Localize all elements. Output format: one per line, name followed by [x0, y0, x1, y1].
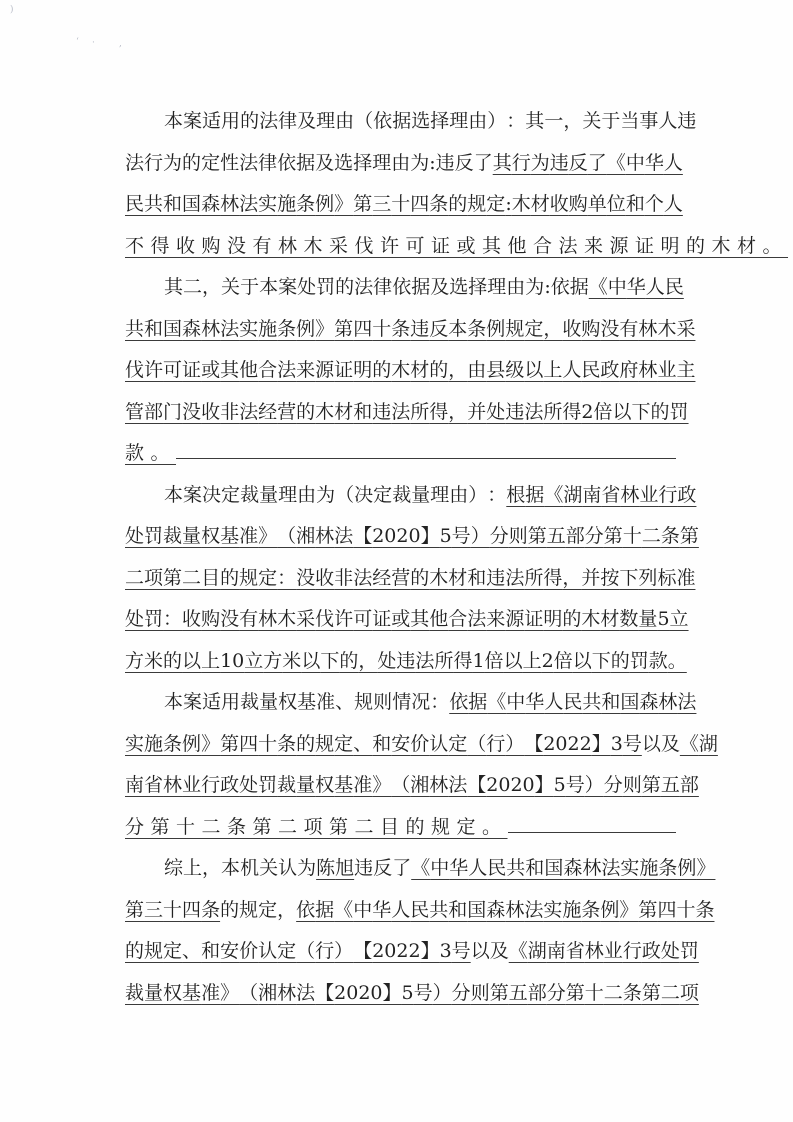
glyph: 得 — [543, 558, 562, 600]
glyph: 人 — [664, 143, 683, 185]
text-line: 分第十二条第二项第二目的规定。 — [125, 807, 676, 849]
glyph: 定 — [201, 143, 220, 185]
glyph: ， — [448, 392, 467, 434]
glyph: 下 — [320, 641, 339, 683]
glyph: 森 — [182, 309, 201, 351]
glyph: 、 — [335, 682, 354, 724]
glyph: 第 — [566, 973, 585, 1015]
glyph: 华 — [449, 848, 468, 890]
glyph: 》 — [220, 973, 239, 1015]
glyph: 案 — [183, 682, 202, 724]
glyph: 反 — [429, 309, 448, 351]
glyph: 罚 — [630, 641, 649, 683]
glyph: 【 — [524, 724, 543, 766]
glyph: 规 — [467, 184, 486, 226]
glyph: 由 — [449, 475, 468, 517]
glyph: 依 — [296, 890, 315, 932]
glyph: 、 — [182, 931, 201, 973]
glyph: 木 — [512, 184, 531, 226]
glyph: ， — [563, 101, 582, 143]
glyph: 据 — [570, 267, 589, 309]
glyph: 法 — [524, 890, 543, 932]
glyph: 法 — [505, 558, 524, 600]
text-line: 本案适用裁量权基准、规则情况：依据《中华人民共和国森林法 — [125, 682, 676, 724]
glyph: 违 — [396, 641, 415, 683]
glyph: 本 — [448, 309, 467, 351]
glyph: 华 — [645, 143, 664, 185]
glyph: 罚 — [680, 931, 699, 973]
glyph: 了 — [588, 143, 607, 185]
paragraph-conclusion: 综上，本机关认为陈旭违反了《中华人民共和国森林法实施条例》第三十四条的规定，依据… — [125, 848, 676, 1014]
glyph: 》 — [201, 724, 220, 766]
glyph: 森 — [563, 848, 582, 890]
glyph: 或 — [201, 350, 220, 392]
glyph: 得 — [562, 392, 581, 434]
glyph: 下 — [619, 558, 638, 600]
glyph: 和 — [525, 848, 544, 890]
glyph: 人 — [664, 184, 683, 226]
glyph: 实 — [239, 309, 258, 351]
glyph: 业 — [639, 475, 658, 517]
glyph: 罚 — [316, 267, 335, 309]
glyph: 国 — [182, 184, 201, 226]
glyph: 其 — [410, 599, 429, 641]
glyph: 法 — [391, 392, 410, 434]
glyph: 择 — [353, 143, 372, 185]
glyph: 《 — [487, 682, 506, 724]
glyph: 分 — [547, 973, 566, 1015]
glyph: 5 — [657, 599, 669, 641]
glyph: 行 — [623, 931, 642, 973]
glyph: 由 — [506, 267, 525, 309]
glyph: 华 — [372, 890, 391, 932]
glyph: 裁 — [277, 765, 296, 807]
glyph: 湖 — [699, 724, 718, 766]
text-line: 伐许可证或其他合法来源证明的木材的，由县级以上人民政府林业主 — [125, 350, 676, 392]
glyph: 例 — [296, 309, 315, 351]
glyph: 行 — [658, 475, 677, 517]
glyph: 林 — [585, 931, 604, 973]
glyph: 反 — [569, 143, 588, 185]
glyph: 例 — [677, 848, 696, 890]
glyph: 法 — [125, 143, 144, 185]
glyph: 实 — [125, 724, 144, 766]
glyph: 森 — [486, 890, 505, 932]
glyph: 明 — [353, 350, 372, 392]
glyph: 处 — [661, 931, 680, 973]
glyph: 定 — [334, 724, 353, 766]
glyph: ： — [430, 682, 449, 724]
glyph: 以 — [612, 392, 631, 434]
glyph: 条 — [429, 184, 448, 226]
glyph: 了 — [392, 848, 411, 890]
glyph: ） — [334, 931, 353, 973]
glyph: 米 — [282, 641, 301, 683]
glyph: 关 — [221, 267, 240, 309]
glyph: 中 — [608, 267, 627, 309]
glyph: 施 — [144, 724, 163, 766]
glyph: 实 — [620, 848, 639, 890]
glyph: 《 — [544, 475, 563, 517]
glyph: 权 — [315, 765, 334, 807]
glyph: 条 — [695, 890, 714, 932]
glyph: 项 — [680, 973, 699, 1015]
glyph: 性 — [220, 143, 239, 185]
glyph: 本 — [164, 475, 183, 517]
glyph: 三 — [372, 184, 391, 226]
glyph: 价 — [410, 724, 429, 766]
text-line: 其二，关于本案处罚的法律依据及选择理由为:依据《中华人民 — [125, 267, 676, 309]
glyph: 部 — [566, 516, 585, 558]
glyph: 业 — [657, 350, 676, 392]
glyph: 二 — [182, 558, 201, 600]
glyph: （ — [391, 765, 410, 807]
glyph: 南 — [125, 765, 144, 807]
glyph: 省 — [601, 475, 620, 517]
glyph: 据 — [525, 475, 544, 517]
glyph: 理 — [430, 475, 449, 517]
glyph: 有 — [239, 599, 258, 641]
glyph: 3 — [611, 724, 623, 766]
glyph: 2020 — [372, 516, 420, 558]
glyph: 1 — [472, 641, 484, 683]
glyph: 和 — [372, 724, 391, 766]
glyph: 量 — [411, 475, 430, 517]
glyph: ： — [163, 599, 182, 641]
glyph: 立 — [670, 599, 689, 641]
glyph: （ — [467, 724, 486, 766]
glyph: 的 — [429, 350, 448, 392]
glyph: 来 — [486, 599, 505, 641]
glyph: 所 — [434, 641, 453, 683]
glyph: 得 — [429, 392, 448, 434]
glyph: 的 — [372, 350, 391, 392]
glyph: 法 — [448, 765, 467, 807]
glyph: 《 — [607, 143, 626, 185]
glyph: 条 — [581, 890, 600, 932]
glyph: 经 — [258, 392, 277, 434]
glyph: 证 — [182, 350, 201, 392]
glyph: 综 — [164, 848, 183, 890]
glyph: 或 — [391, 599, 410, 641]
glyph: ： — [487, 475, 506, 517]
glyph: 及 — [297, 101, 316, 143]
glyph: 合 — [258, 350, 277, 392]
paragraph-discretion-standard: 本案适用裁量权基准、规则情况：依据《中华人民共和国森林法实施条例》第四十条的规定… — [125, 682, 676, 848]
glyph: 条 — [391, 309, 410, 351]
glyph: 湖 — [563, 475, 582, 517]
glyph: 和 — [626, 184, 645, 226]
glyph: 定 — [448, 724, 467, 766]
glyph: 个 — [645, 184, 664, 226]
glyph: 的 — [240, 101, 259, 143]
glyph: 证 — [524, 599, 543, 641]
glyph: 择 — [468, 267, 487, 309]
glyph: 由 — [467, 350, 486, 392]
glyph: 定 — [163, 931, 182, 973]
glyph: 上 — [201, 641, 220, 683]
glyph: 依 — [551, 267, 570, 309]
glyph: 例 — [600, 890, 619, 932]
glyph: 非 — [334, 558, 353, 600]
glyph: 他 — [429, 599, 448, 641]
text-line: 南省林业行政处罚裁量权基准》（湘林法【2020】5号）分则第五部 — [125, 765, 676, 807]
glyph: 准 — [676, 558, 695, 600]
glyph: 五 — [509, 973, 528, 1015]
glyph: 没 — [182, 392, 201, 434]
glyph: 第 — [680, 516, 699, 558]
glyph: 以 — [573, 641, 592, 683]
glyph: 》 — [619, 890, 638, 932]
glyph: 据 — [315, 890, 334, 932]
glyph: 林 — [638, 309, 657, 351]
glyph: 于 — [240, 267, 259, 309]
glyph: 林 — [429, 765, 448, 807]
glyph: 权 — [201, 516, 220, 558]
glyph: 法 — [677, 682, 696, 724]
glyph: 处 — [125, 599, 144, 641]
glyph: ， — [358, 641, 377, 683]
glyph: 5 — [402, 973, 414, 1015]
glyph: 案 — [278, 267, 297, 309]
glyph: 政 — [600, 350, 619, 392]
glyph: 用 — [221, 101, 240, 143]
glyph: 反 — [455, 143, 474, 185]
glyph: 条 — [467, 309, 486, 351]
glyph: 】 — [421, 931, 440, 973]
glyph: 【 — [315, 973, 334, 1015]
glyph: 和 — [353, 392, 372, 434]
glyph: 为 — [525, 267, 544, 309]
glyph: 国 — [467, 890, 486, 932]
glyph: 和 — [467, 558, 486, 600]
glyph: 木 — [657, 309, 676, 351]
glyph: 林 — [258, 599, 277, 641]
glyph: 伐 — [125, 350, 144, 392]
glyph: 十 — [585, 973, 604, 1015]
glyph: 裁 — [392, 475, 411, 517]
glyph: 例 — [182, 724, 201, 766]
glyph: 十 — [623, 516, 642, 558]
glyph: （ — [277, 516, 296, 558]
glyph: 行 — [512, 143, 531, 185]
glyph: ） — [505, 724, 524, 766]
glyph: 施 — [562, 890, 581, 932]
glyph: 南 — [547, 931, 566, 973]
underline-fill — [508, 832, 676, 833]
glyph: 国 — [620, 682, 639, 724]
glyph: 木 — [315, 392, 334, 434]
glyph: 规 — [505, 309, 524, 351]
glyph: 定 — [221, 475, 240, 517]
glyph: 案 — [183, 475, 202, 517]
glyph: 认 — [278, 848, 297, 890]
glyph: 以 — [642, 724, 661, 766]
glyph: 伐 — [315, 599, 334, 641]
glyph: 款 — [649, 641, 668, 683]
glyph: 其 — [525, 101, 544, 143]
glyph: 据 — [468, 682, 487, 724]
glyph: 基 — [182, 973, 201, 1015]
glyph: 行 — [201, 765, 220, 807]
glyph: 民 — [665, 267, 684, 309]
glyph: 木 — [429, 558, 448, 600]
glyph: 的 — [163, 641, 182, 683]
glyph: 规 — [354, 682, 373, 724]
glyph: 和 — [201, 931, 220, 973]
glyph: 木 — [277, 599, 296, 641]
glyph: 第 — [125, 890, 144, 932]
glyph: 条 — [201, 890, 220, 932]
glyph: 准 — [201, 973, 220, 1015]
glyph: 定 — [524, 309, 543, 351]
text-line: 本案适用的法律及理由（依据选择理由）：其一，关于当事人违 — [125, 101, 676, 143]
glyph: 部 — [144, 392, 163, 434]
glyph: 第 — [353, 184, 372, 226]
glyph: 法 — [239, 184, 258, 226]
glyph: 有 — [619, 309, 638, 351]
glyph: 其 — [220, 350, 239, 392]
glyph: 由 — [297, 475, 316, 517]
glyph: 以 — [301, 641, 320, 683]
glyph: 林 — [201, 309, 220, 351]
glyph: 则 — [623, 765, 642, 807]
glyph: 源 — [505, 599, 524, 641]
glyph: ， — [562, 558, 581, 600]
glyph: 定 — [373, 475, 392, 517]
glyph: 第 — [604, 516, 623, 558]
glyph: 以 — [504, 641, 523, 683]
glyph: 旭 — [335, 848, 354, 890]
glyph: 所 — [543, 392, 562, 434]
glyph: 民 — [125, 184, 144, 226]
glyph: 其 — [493, 143, 512, 185]
glyph: 本 — [164, 101, 183, 143]
glyph: 四 — [239, 724, 258, 766]
glyph: 森 — [201, 184, 220, 226]
glyph: 经 — [372, 558, 391, 600]
glyph: 三 — [144, 890, 163, 932]
glyph: 则 — [471, 973, 490, 1015]
glyph: 林 — [638, 350, 657, 392]
glyph: 定 — [258, 890, 277, 932]
glyph: 数 — [619, 599, 638, 641]
glyph: 决 — [354, 475, 373, 517]
glyph: 可 — [353, 599, 372, 641]
glyph: 来 — [296, 350, 315, 392]
glyph: 中 — [353, 890, 372, 932]
glyph: 单 — [588, 184, 607, 226]
glyph: 收 — [201, 392, 220, 434]
glyph: 号 — [566, 765, 585, 807]
glyph: 违 — [486, 558, 505, 600]
glyph: 人 — [544, 682, 563, 724]
glyph: 倍 — [485, 641, 504, 683]
glyph: 以 — [182, 641, 201, 683]
glyph: 实 — [258, 184, 277, 226]
glyph: 项 — [144, 558, 163, 600]
glyph: 裁 — [163, 516, 182, 558]
text-line: 综上，本机关认为陈旭违反了《中华人民共和国森林法实施条例》 — [125, 848, 676, 890]
glyph: 规 — [239, 558, 258, 600]
underlined-text: 款。 — [125, 433, 176, 475]
text-line: 共和国森林法实施条例》第四十条违反本条例规定，收购没有林木采 — [125, 309, 676, 351]
glyph: 本 — [164, 682, 183, 724]
glyph: 按 — [600, 558, 619, 600]
text-line: 二项第二目的规定：没收非法经营的木材和违法所得，并按下列标准 — [125, 558, 676, 600]
glyph: 的 — [448, 184, 467, 226]
glyph: 裁 — [240, 475, 259, 517]
glyph: 第 — [334, 309, 353, 351]
glyph: 规 — [315, 724, 334, 766]
glyph: 湘 — [296, 516, 315, 558]
glyph: 反 — [373, 848, 392, 890]
text-line: 管部门没收非法经营的木材和违法所得，并处违法所得2倍以下的罚 — [125, 392, 676, 434]
glyph: 处 — [486, 392, 505, 434]
glyph: 理 — [449, 101, 468, 143]
glyph: 例 — [486, 309, 505, 351]
glyph: 陈 — [316, 848, 335, 890]
glyph: 2022 — [543, 724, 591, 766]
glyph: 】 — [592, 724, 611, 766]
glyph: 林 — [582, 848, 601, 890]
glyph: 湘 — [410, 765, 429, 807]
glyph: 决 — [202, 475, 221, 517]
glyph: 理 — [278, 475, 297, 517]
glyph: 人 — [468, 848, 487, 890]
glyph: 违 — [410, 309, 429, 351]
glyph: 行 — [144, 143, 163, 185]
glyph: ） — [585, 765, 604, 807]
text-line: 的规定、和安价认定（行）【2022】3号以及《湖南省林业行政处罚 — [125, 931, 676, 973]
glyph: 裁 — [240, 682, 259, 724]
glyph: ： — [506, 101, 525, 143]
glyph: 依 — [449, 682, 468, 724]
glyph: 倍 — [554, 641, 573, 683]
glyph: 据 — [296, 143, 315, 185]
scan-speck: ‘ — [76, 38, 79, 47]
glyph: 没 — [296, 558, 315, 600]
glyph: 理 — [487, 267, 506, 309]
glyph: （ — [296, 931, 315, 973]
glyph: 人 — [391, 890, 410, 932]
glyph: ， — [202, 267, 221, 309]
glyph: 量 — [296, 765, 315, 807]
glyph: 合 — [448, 599, 467, 641]
glyph: 违 — [505, 392, 524, 434]
glyph: 中 — [626, 143, 645, 185]
glyph: 林 — [220, 184, 239, 226]
glyph: 】 — [421, 516, 440, 558]
glyph: 为 — [410, 143, 429, 185]
glyph: 分 — [452, 973, 471, 1015]
glyph: 认 — [429, 724, 448, 766]
glyph: ， — [543, 309, 562, 351]
glyph: 方 — [263, 641, 282, 683]
glyph: 《 — [334, 890, 353, 932]
glyph: 认 — [258, 931, 277, 973]
glyph: 华 — [525, 682, 544, 724]
glyph: 违 — [436, 143, 455, 185]
glyph: 标 — [657, 558, 676, 600]
glyph: 非 — [220, 392, 239, 434]
glyph: 依 — [373, 101, 392, 143]
glyph: 处 — [377, 641, 396, 683]
glyph: 事 — [639, 101, 658, 143]
glyph: 许 — [334, 599, 353, 641]
glyph: 十 — [258, 724, 277, 766]
glyph: 的 — [296, 724, 315, 766]
